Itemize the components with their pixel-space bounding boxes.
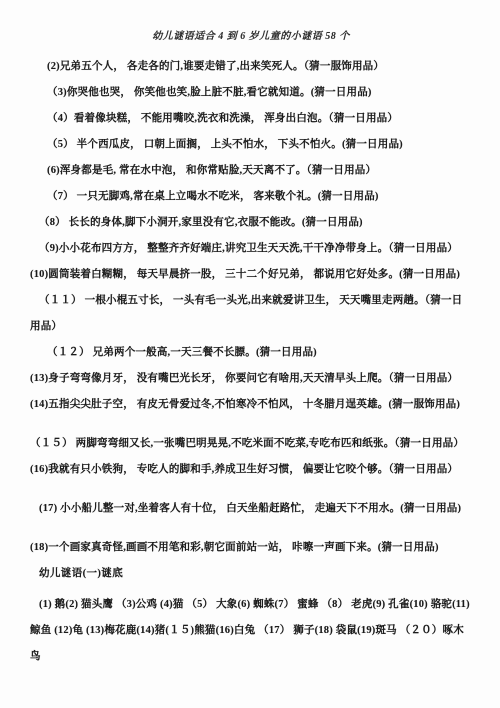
riddle-item-9: （9)小小花布四方方， 整整齐齐好端庄,讲究卫生天天洗,干干净净带身上。（猜一日… — [30, 236, 472, 262]
riddle-item-12: （１２） 兄弟两个一般高,一天三餐不长膘。(猜一日用品) — [30, 340, 472, 366]
riddle-item-17: (17) 小小船儿整一对,坐着客人有十位， 白天坐船赶路忙， 走遍天下不用水。(… — [30, 496, 472, 522]
answers-heading: 幼儿谜语(一)谜底 — [30, 561, 472, 587]
riddle-item-5: （5） 半个西瓜皮， 口朝上面搁， 上头不怕水， 下头不怕火。(猜一日用品) — [30, 132, 472, 158]
riddle-item-4: （4）看着像块糕， 不能用嘴咬,洗衣和洗澡， 浑身出白泡。（猜一日用品） — [30, 106, 472, 132]
riddle-item-11: （１１） 一根小棍五寸长， 一头有毛一头光,出来就爱讲卫生， 天天嘴里走两趟。（… — [30, 288, 472, 340]
riddle-item-13: (13)身子弯弯像月牙， 没有嘴巴光长牙， 你要问它有啥用,天天清早头上爬。（猜… — [30, 366, 472, 392]
page-title: 幼儿谜语适合 4 到 6 岁儿童的小谜语 58 个 — [30, 30, 472, 44]
riddle-item-7: （7） 一只无脚鸡,常在桌上立喝水不吃米， 客来敬个礼。(猜一日用品) — [30, 184, 472, 210]
document-page: 幼儿谜语适合 4 到 6 岁儿童的小谜语 58 个 (2)兄弟五个人， 各走各的… — [0, 0, 500, 708]
riddle-item-14: (14)五指尖尖肚子空， 有皮无骨爱过冬,不怕寒冷不怕风， 十冬腊月逞英雄。(猜… — [30, 392, 472, 418]
riddle-item-10: (10)圆筒装着白糊糊， 每天早晨挤一股， 三十二个好兄弟， 都说用它好处多。(… — [30, 262, 472, 288]
riddle-item-16: (16)我就有只小铁狗， 专吃人的脚和手,养成卫生好习惯， 偏要让它咬个够。（猜… — [30, 457, 472, 483]
riddle-item-15: （１５） 两脚弯弯细又长,一张嘴巴明晃晃,不吃米面不吃菜,专吃布匹和纸张。（猜一… — [30, 431, 472, 457]
riddle-item-6: (6)浑身都是毛, 常在水中泡， 和你常贴脸,天天离不了。（猜一日用品） — [30, 158, 472, 184]
riddle-item-18: (18)一个画家真奇怪,画画不用笔和彩,朝它面前站一站， 咔嚓一声画下来。(猜一… — [30, 535, 472, 561]
riddle-item-2: (2)兄弟五个人， 各走各的门,谁要走错了,出来笑死人。（猜一服饰用品） — [30, 54, 472, 80]
riddle-item-3: （3)你哭他也哭， 你笑他也笑,脸上脏不脏,看它就知道。(猜一日用品) — [30, 80, 472, 106]
riddle-item-8: （8） 长长的身体,脚下小洞开,家里没有它,衣服不能改。(猜一日用品) — [30, 210, 472, 236]
answers-text: (1) 鹅(2) 猫头鹰 （3)公鸡 (4)猫 （5） 大象(6) 蜘蛛(7） … — [30, 592, 472, 670]
